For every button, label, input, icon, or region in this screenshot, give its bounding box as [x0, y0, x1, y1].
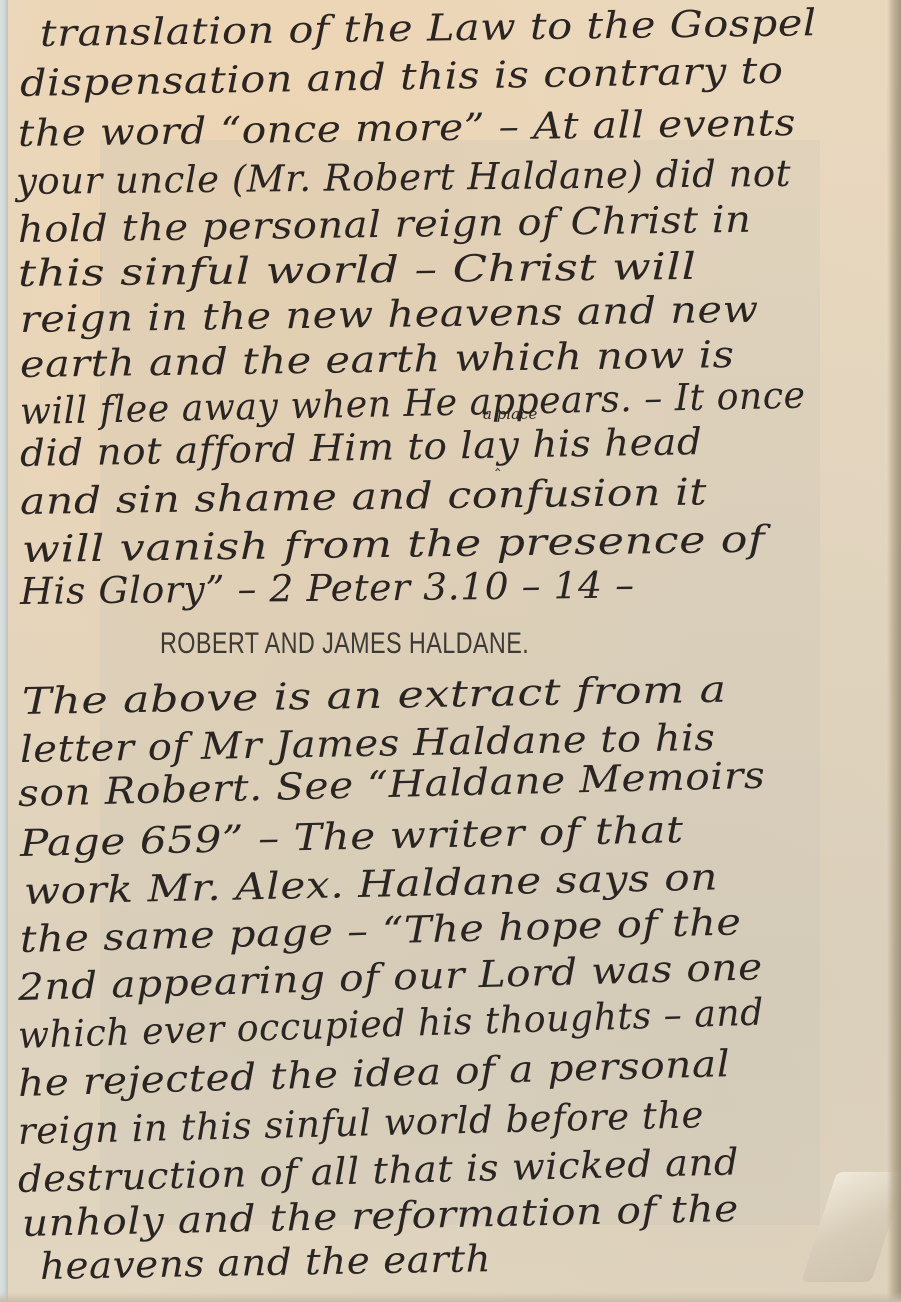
handwritten-line: His Glory” – 2 Peter 3.10 – 14 – — [20, 564, 635, 613]
handwritten-line: this sinful world – Christ will — [18, 245, 697, 295]
page-right-edge — [887, 0, 901, 1302]
handwritten-line: heavens and the earth — [40, 1237, 492, 1288]
handwritten-line: dispensation and this is contrary to — [20, 49, 784, 105]
handwritten-line: translation of the Law to the Gospel — [40, 1, 817, 55]
page-bottom-edge — [0, 1292, 901, 1302]
printed-heading: ROBERT AND JAMES HALDANE. — [160, 627, 628, 661]
handwritten-line: your uncle (Mr. Robert Haldane) did not — [16, 152, 792, 203]
page-left-edge — [0, 0, 8, 1302]
manuscript-page: translation of the Law to the Gospel dis… — [0, 0, 901, 1302]
interlinear-insertion: a place — [483, 405, 537, 423]
